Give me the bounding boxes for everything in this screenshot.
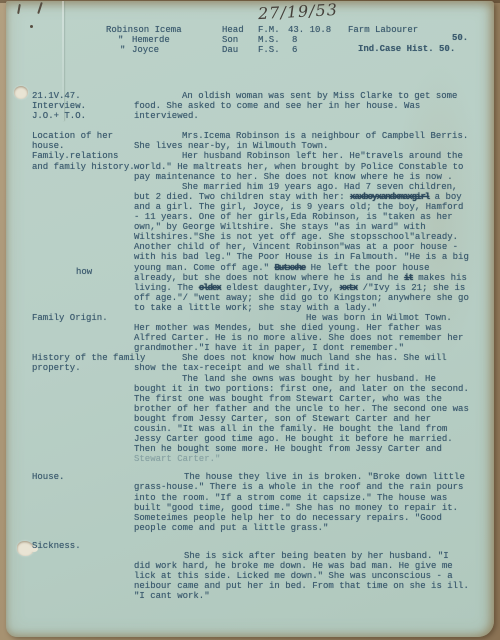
ditto-mark: " — [118, 35, 123, 45]
section-text: Mrs.Icema Robinson is a neighbour of Cam… — [134, 131, 470, 151]
person-age: 43. 10.8 — [288, 25, 331, 35]
case-history-label: Ind.Case Hist. 50. — [358, 44, 455, 54]
person-occupation: Farm Labourer — [348, 25, 418, 35]
case-number: 50. — [452, 33, 468, 43]
household-table: Robinson Icema Head F.M. 43. 10.8 Farm L… — [6, 25, 494, 61]
handwritten-date: 27/19/53 — [258, 0, 379, 23]
person-status: F.S. — [258, 45, 280, 55]
margin-label: Family.relationsand family history. — [32, 151, 134, 313]
person-name: Robinson Icema — [106, 25, 182, 35]
section-text: She is sick after being beaten by her hu… — [134, 541, 470, 601]
margin-label: History of the familyproperty. — [32, 353, 134, 464]
person-relation: Dau — [222, 45, 238, 55]
section-origin: Family Origin.He was born in Wilmot Town… — [32, 313, 472, 353]
section-text: She does not know how much land she has.… — [134, 353, 470, 464]
section-property: History of the familyproperty.She does n… — [32, 353, 472, 464]
margin-label: Family Origin. — [32, 313, 134, 353]
section-family: Family.relationsand family history.Her h… — [32, 151, 472, 313]
pen-stroke — [37, 2, 43, 14]
faded-text: Stewart Carter." — [134, 454, 220, 464]
overstruck-text: oldex — [199, 283, 221, 293]
person-name: Joyce — [132, 45, 159, 55]
pen-stroke — [17, 4, 21, 14]
section-intro: 21.1V.47.Interview.J.O.+ T.O.An oldish w… — [32, 91, 472, 121]
person-status: M.S. — [258, 35, 280, 45]
overstruck-text: xaxboyxandxmaxgirl — [350, 192, 429, 202]
margin-label: Sickness. — [32, 541, 134, 601]
paper-sheet: 27/19/53 Robinson Icema Head F.M. 43. 10… — [6, 1, 494, 637]
section-location: Location of herhouse.Mrs.Icema Robinson … — [32, 131, 472, 151]
person-relation: Head — [222, 25, 244, 35]
section-house: House.The house they live in is broken. … — [32, 472, 472, 533]
overstruck-text: it — [404, 273, 413, 283]
person-status: F.M. — [258, 25, 280, 35]
margin-label: House. — [32, 472, 134, 533]
section-text: The house they live in is broken. "Broke… — [134, 472, 470, 533]
person-age: 8 — [292, 35, 297, 45]
section-text: An oldish woman was sent by Miss Clarke … — [134, 91, 470, 121]
sections: 21.1V.47.Interview.J.O.+ T.O.An oldish w… — [32, 91, 472, 601]
photographed-document: 27/19/53 Robinson Icema Head F.M. 43. 10… — [0, 0, 500, 640]
section-sickness: Sickness.She is sick after being beaten … — [32, 541, 472, 601]
person-relation: Son — [222, 35, 238, 45]
margin-label: Location of herhouse. — [32, 131, 134, 151]
overstruck-text: Butxxhe — [274, 263, 305, 273]
section-text: Her husband Robinson left her. He"travel… — [134, 151, 470, 313]
ditto-mark: " — [120, 45, 125, 55]
margin-label: 21.1V.47.Interview.J.O.+ T.O. — [32, 91, 134, 121]
overstruck-text: xxtx — [340, 283, 358, 293]
person-age: 6 — [292, 45, 297, 55]
section-text: He was born in Wilmot Town. Her mother w… — [134, 313, 470, 353]
punch-hole — [14, 86, 28, 99]
person-name: Hemerde — [132, 35, 170, 45]
